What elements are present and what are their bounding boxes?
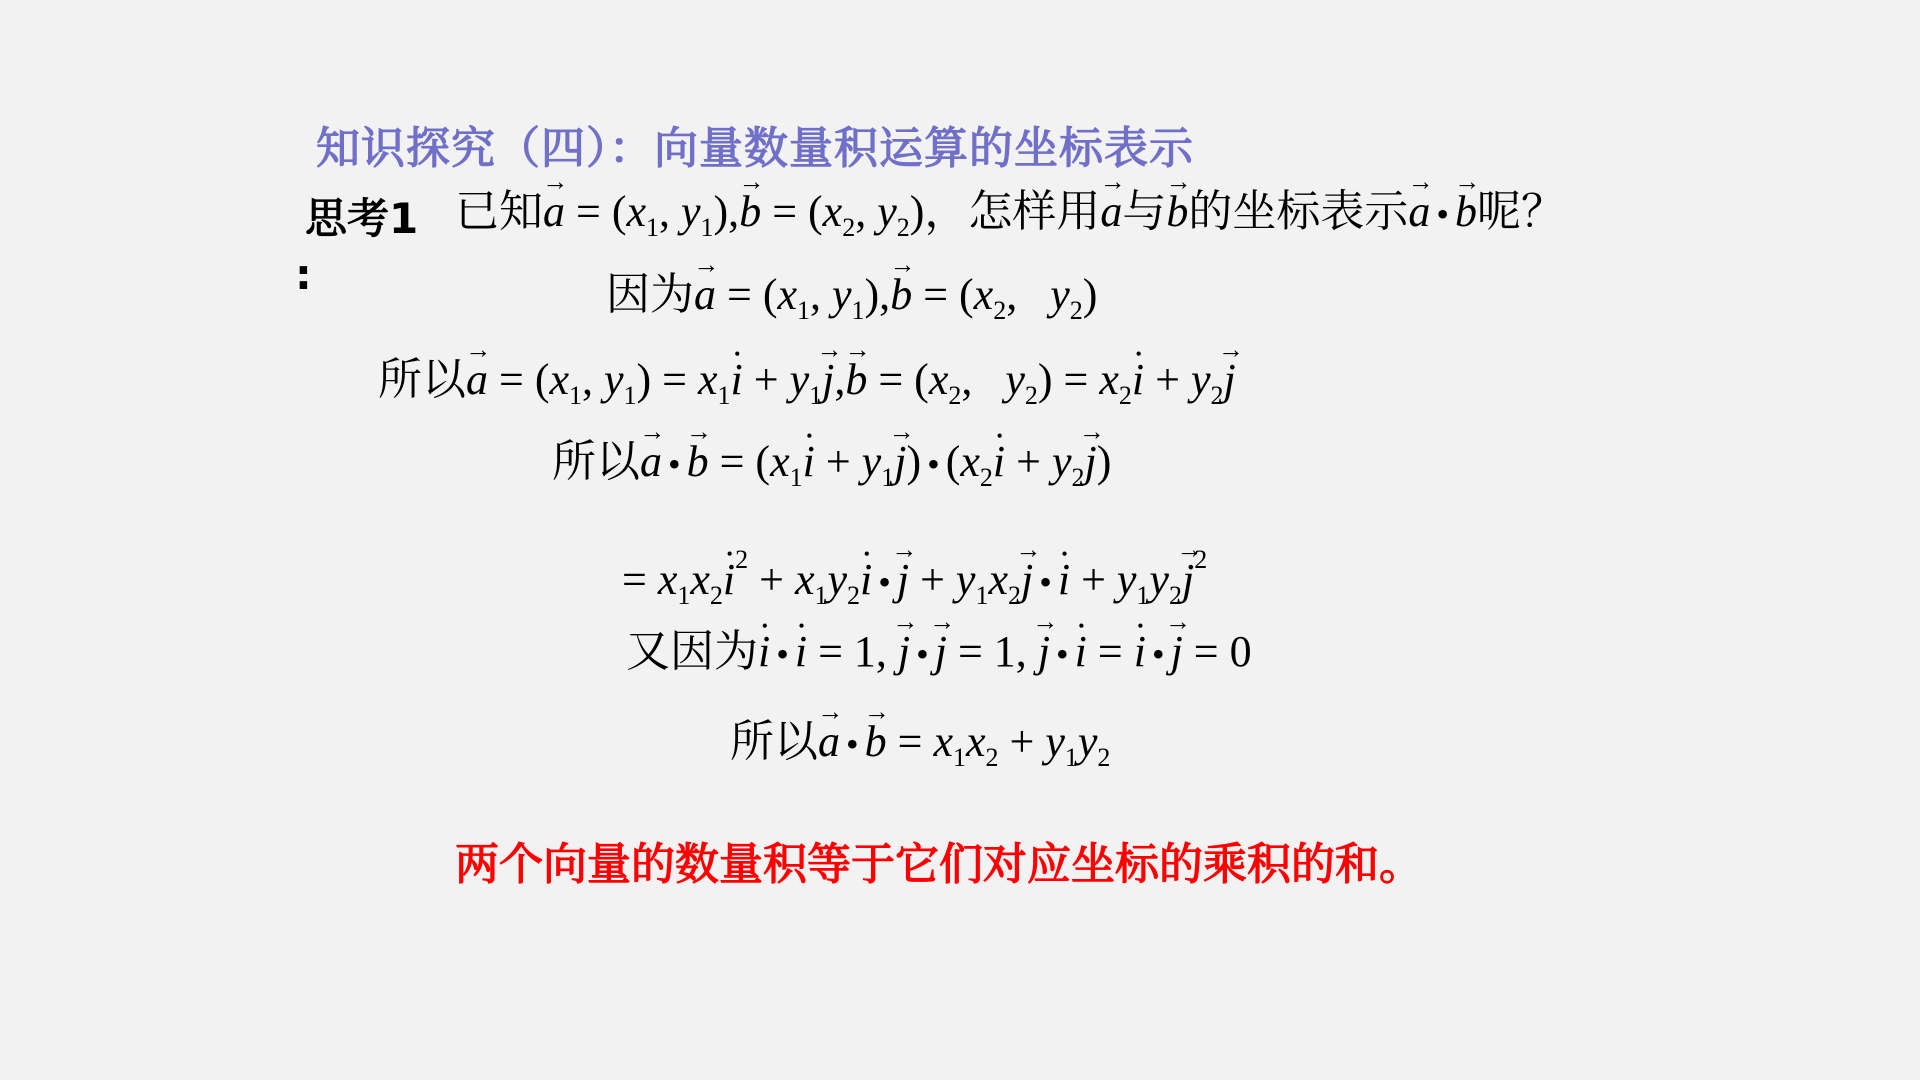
text-repr: 的坐标表示: [1188, 187, 1408, 236]
derivation-line-5: 又因为i•i = 1, j•j = 1, j•i = i•j = 0: [626, 622, 1252, 684]
think-label: 思考1: [305, 186, 418, 246]
text-therefore: 所以: [552, 437, 640, 486]
vector-b: b: [739, 182, 761, 242]
vector-a: a: [543, 182, 565, 242]
text-how: ，怎样用: [924, 187, 1100, 236]
text-known: 已知: [455, 187, 543, 236]
derivation-result: 所以a•b = x1x2 + y1y2: [730, 712, 1110, 788]
text-because: 因为: [606, 270, 694, 319]
question-line: 已知a = (x1, y1),b = (x2, y2)，怎样用a与b的坐标表示a…: [455, 182, 1565, 258]
text-therefore: 所以: [378, 355, 466, 404]
text-also-because: 又因为: [626, 627, 758, 676]
text-therefore: 所以: [730, 717, 818, 766]
text-ending: 呢？: [1477, 187, 1565, 236]
think-colon: :: [295, 250, 312, 299]
derivation-line-3: 所以a•b = (x1i + y1j)•(x2i + y2j): [552, 432, 1111, 508]
conclusion-text: 两个向量的数量积等于它们对应坐标的乘积的和。: [455, 828, 1423, 892]
text-with: 与: [1122, 187, 1166, 236]
